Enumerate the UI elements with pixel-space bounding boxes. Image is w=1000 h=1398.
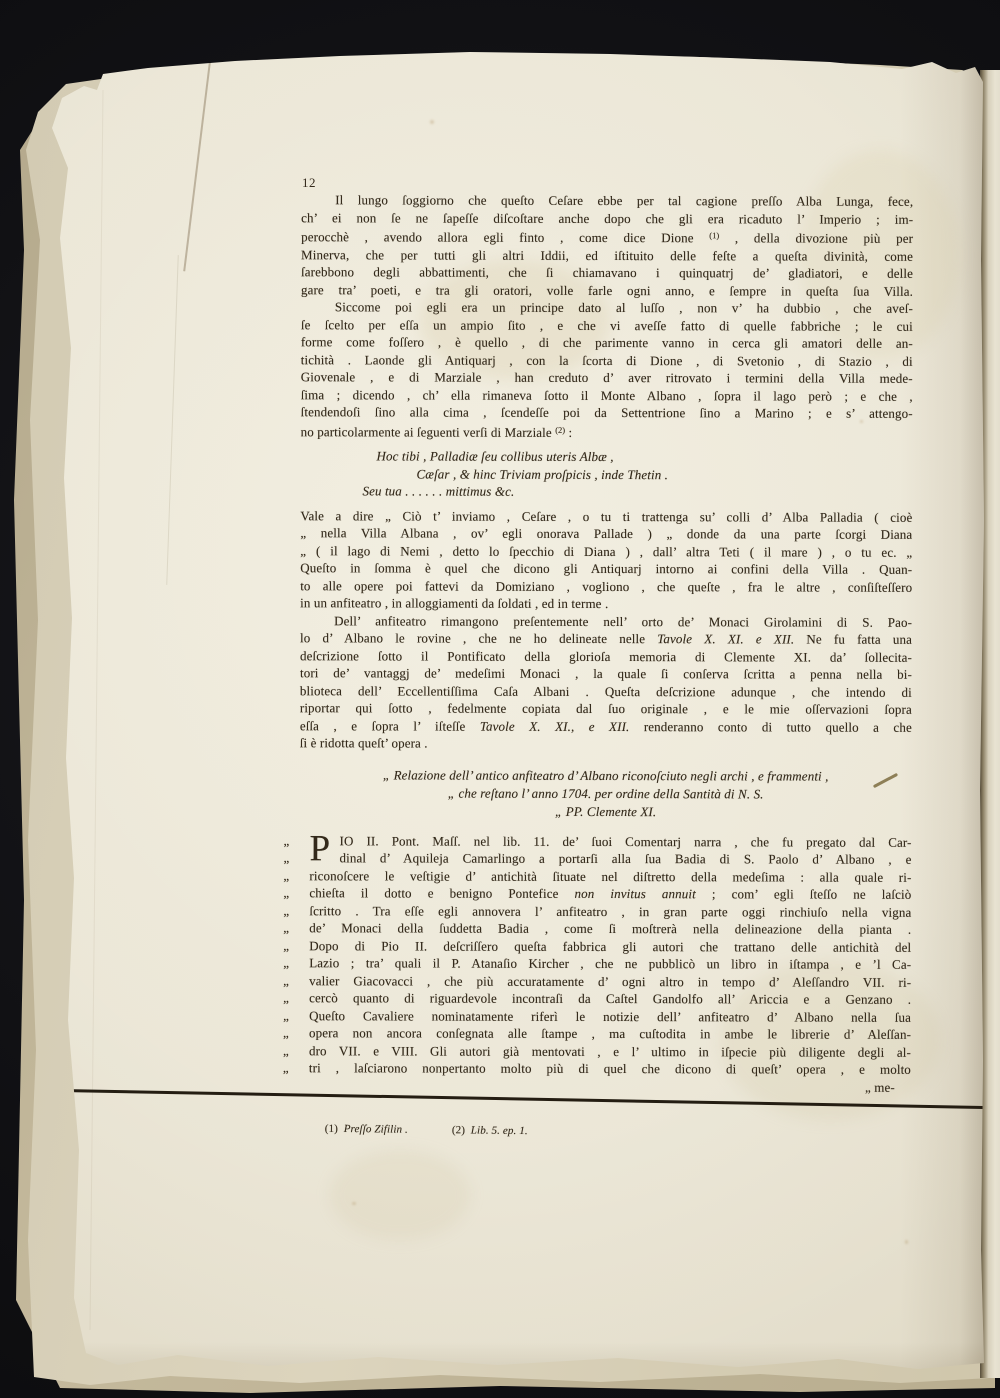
text-line: ſe ſcelto per eſſa un ampio ſito , e che… — [301, 316, 913, 335]
paragraph-5: „ „ „ „ „ „ „ „ „ „ „ „ „ „ P IO — [299, 832, 912, 1079]
text-run: : — [565, 424, 572, 439]
quote-mark: „ — [283, 884, 299, 902]
text-line: gare tra’ poeti, e tra gli oratori, voll… — [301, 281, 913, 300]
section-heading: „ Relazione dell’ antico anfiteatro d’ A… — [300, 766, 912, 822]
verse-line: Seu tua . . . . . . mittimus &c. — [300, 482, 912, 501]
text-line: to alle opere poi fattevi da Domiziano ,… — [300, 577, 912, 596]
verse-line: Cæſar , & hinc Triviam proſpicis , inde … — [300, 465, 912, 484]
text-line: Il lungo ſoggiorno che queſto Ceſare ebb… — [301, 191, 913, 210]
text-line: eſſa , e ſopra l’ iſteſſe Tavole X. XI.,… — [300, 717, 912, 736]
text-run: ; com’ egli ſteſſo ne laſciò — [696, 886, 912, 902]
text-line: lo d’ Albano le rovine , che ne ho delin… — [300, 629, 912, 648]
footnotes-row: (1) Preſſo Zifilin . (2) Lib. 5. ep. 1. — [299, 1123, 911, 1142]
quote-mark: „ — [283, 1024, 299, 1042]
footnote-text: Preſſo Zifilin . — [344, 1123, 408, 1136]
quote-mark: „ — [283, 1007, 299, 1025]
verse-line: Hoc tibi , Palladiæ ſeu collibus uteris … — [301, 447, 913, 466]
paper-crease — [166, 255, 179, 585]
paragraph-3: Vale a dire „ Ciò t’ inviamo , Ceſare , … — [300, 507, 912, 614]
paragraph-4: Dell’ anfiteatro rimangono preſentemente… — [300, 612, 912, 754]
quote-mark: „ — [283, 989, 299, 1007]
text-line: Giovenale , e di Marziale , han creduto … — [301, 368, 913, 387]
text-line: ſcritto . Tra eſſe egli annovera l’ anfi… — [309, 902, 911, 921]
quote-mark: „ — [283, 937, 299, 955]
text-line: ſi è ridotta queſt’ opera . — [300, 734, 912, 753]
heading-line: „ PP. Clemente XI. — [300, 802, 912, 822]
text-line: Dell’ anfiteatro rimangono preſentemente… — [300, 612, 912, 631]
quote-mark: „ — [283, 919, 299, 937]
text-line: „ nella Villa Albana , ov’ egli onorava … — [300, 524, 912, 543]
text-run: chieſta il dotto e benigno Pontefice — [309, 885, 574, 901]
text-run: eſſa , e ſopra l’ iſteſſe — [300, 718, 480, 733]
text-line: tri , laſciarono nonpertanto molto più d… — [309, 1059, 911, 1078]
text-line: tichità . Laonde gli Antiquarj , con la … — [301, 351, 913, 370]
paragraph-2: Siccome poi egli era un principe dato al… — [301, 298, 913, 442]
text-line: de’ Monaci della ſuddetta Badia , come ſ… — [309, 919, 911, 938]
adjacent-page-edge — [980, 70, 1000, 1378]
text-line: forme come foſſero , è quello , di che p… — [301, 333, 913, 352]
photograph-background: 12 Il lungo ſoggiorno che queſto Ceſare … — [0, 0, 1000, 1398]
text-line: Queſto in ſomma è quel che dicono gli An… — [300, 559, 912, 578]
foxing-spot — [905, 1240, 908, 1244]
text-line: ſima ; dicendo , ch’ ella rimaneva ſotto… — [301, 386, 913, 405]
text-line: Minerva, che per tutti gli altri Iddii, … — [301, 246, 913, 265]
book-page: 12 Il lungo ſoggiorno che queſto Ceſare … — [0, 0, 1000, 1398]
text-line: in un anfiteatro , in alloggiamenti da ſ… — [300, 594, 912, 613]
footnote-1: (1) Preſſo Zifilin . — [325, 1123, 408, 1136]
text-line: riconoſcere le veſtigie d’ antichità ſit… — [309, 867, 911, 886]
quote-mark: „ — [283, 972, 299, 990]
text-line: ch’ ei non ſe ne ſapeſſe diſcoſtare anch… — [301, 209, 913, 228]
foxing-spot — [352, 1202, 356, 1205]
footnote-label: (2) — [452, 1124, 465, 1136]
quotation-mark-column: „ „ „ „ „ „ „ „ „ „ „ „ „ „ — [283, 832, 300, 1077]
quote-mark: „ — [283, 1059, 299, 1077]
quoted-text: P IO II. Pont. Maſſ. nel lib. 11. de’ ſu… — [309, 832, 912, 1079]
text-line: Siccome poi egli era un principe dato al… — [301, 298, 913, 317]
text-line: deſcrizione ſotto il Pontificato della g… — [300, 647, 912, 666]
text-line: dro VII. e VIII. Gli autori già mentovat… — [309, 1042, 911, 1061]
text-line: ſtendendoſi ſino alla cima , ſcendeſſe p… — [301, 403, 913, 422]
catchword: „ me- — [299, 1077, 911, 1096]
text-run: , della divozione più per — [719, 230, 913, 246]
quote-mark: „ — [283, 954, 299, 972]
text-line: no particolarmente ai ſeguenti verſi di … — [301, 421, 913, 442]
text-line: cercò quanto di riguardevole incontraſi … — [309, 989, 911, 1008]
paper-crease — [183, 63, 210, 272]
text-run: perocchè , avendo allora egli finto , co… — [301, 229, 709, 245]
latin-verse: Hoc tibi , Palladiæ ſeu collibus uteris … — [300, 447, 912, 501]
text-line: Queſto Cavaliere nominatamente riferì le… — [309, 1007, 911, 1026]
footnote-reference-1: (1) — [709, 230, 719, 240]
text-line: dinal d’ Aquileja Camarlingo a portarſi … — [309, 849, 911, 868]
footnote-label: (1) — [325, 1123, 338, 1135]
text-line: perocchè , avendo allora egli finto , co… — [301, 226, 913, 247]
text-line: „ ( il lago di Nemi , detto lo ſpecchio … — [300, 542, 912, 561]
quote-mark: „ — [284, 832, 300, 850]
text-block: Il lungo ſoggiorno che queſto Ceſare ebb… — [299, 191, 913, 1139]
footnote-text: Lib. 5. ep. 1. — [471, 1124, 528, 1137]
page-number: 12 — [302, 175, 316, 191]
paper-crease — [90, 90, 104, 1330]
text-line: IO II. Pont. Maſſ. nel lib. 11. de’ ſuoi… — [310, 832, 912, 851]
footnote-reference-2: (2) — [555, 424, 565, 434]
plate-reference: Tavole X. XI. e XII. — [657, 631, 794, 646]
foxing-spot — [430, 120, 434, 124]
text-line: ſarebbono degli abbattimenti, che ſi chi… — [301, 263, 913, 282]
paragraph-1: Il lungo ſoggiorno che queſto Ceſare ebb… — [301, 191, 913, 300]
paper-stain — [330, 1150, 470, 1240]
text-run: lo d’ Albano le rovine , che ne ho delin… — [300, 630, 657, 646]
drop-cap: P — [309, 832, 339, 867]
text-line: riportar qui ſotto , fedelmente copiata … — [300, 699, 912, 718]
text-line: valier Giacovacci , che più accuratament… — [309, 972, 911, 991]
quote-mark: „ — [283, 1042, 299, 1060]
footnote-2: (2) Lib. 5. ep. 1. — [452, 1124, 528, 1137]
text-run: renderanno conto di tutto quello a che — [629, 719, 911, 735]
text-line: chieſta il dotto e benigno Pontefice non… — [309, 884, 911, 903]
text-line: Lazio ; tra’ quali il P. Atanaſio Kirche… — [309, 954, 911, 973]
quote-mark: „ — [283, 849, 299, 867]
text-line: tori de’ vantaggj de’ medeſimi Monaci , … — [300, 664, 912, 683]
text-line: blioteca dell’ Eccellentiſſima Caſa Alba… — [300, 682, 912, 701]
heading-line: „ Relazione dell’ antico anfiteatro d’ A… — [300, 766, 912, 786]
text-line: Dopo di Pio II. deſcriſſero queſta fabbr… — [309, 937, 911, 956]
quote-mark: „ — [283, 867, 299, 885]
text-line: Vale a dire „ Ciò t’ inviamo , Ceſare , … — [300, 507, 912, 526]
text-run: no particolarmente ai ſeguenti verſi di … — [301, 424, 556, 440]
text-line: opera non ancora conſegnata alle ſtampe … — [309, 1024, 911, 1043]
quote-mark: „ — [283, 902, 299, 920]
heading-line: „ che reſtano l’ anno 1704. per ordine d… — [300, 784, 912, 804]
text-run: Ne fu fatta una — [794, 631, 912, 646]
latin-phrase: non invitus annuit — [575, 886, 696, 901]
plate-reference: Tavole X. XI., e XII. — [480, 718, 630, 733]
